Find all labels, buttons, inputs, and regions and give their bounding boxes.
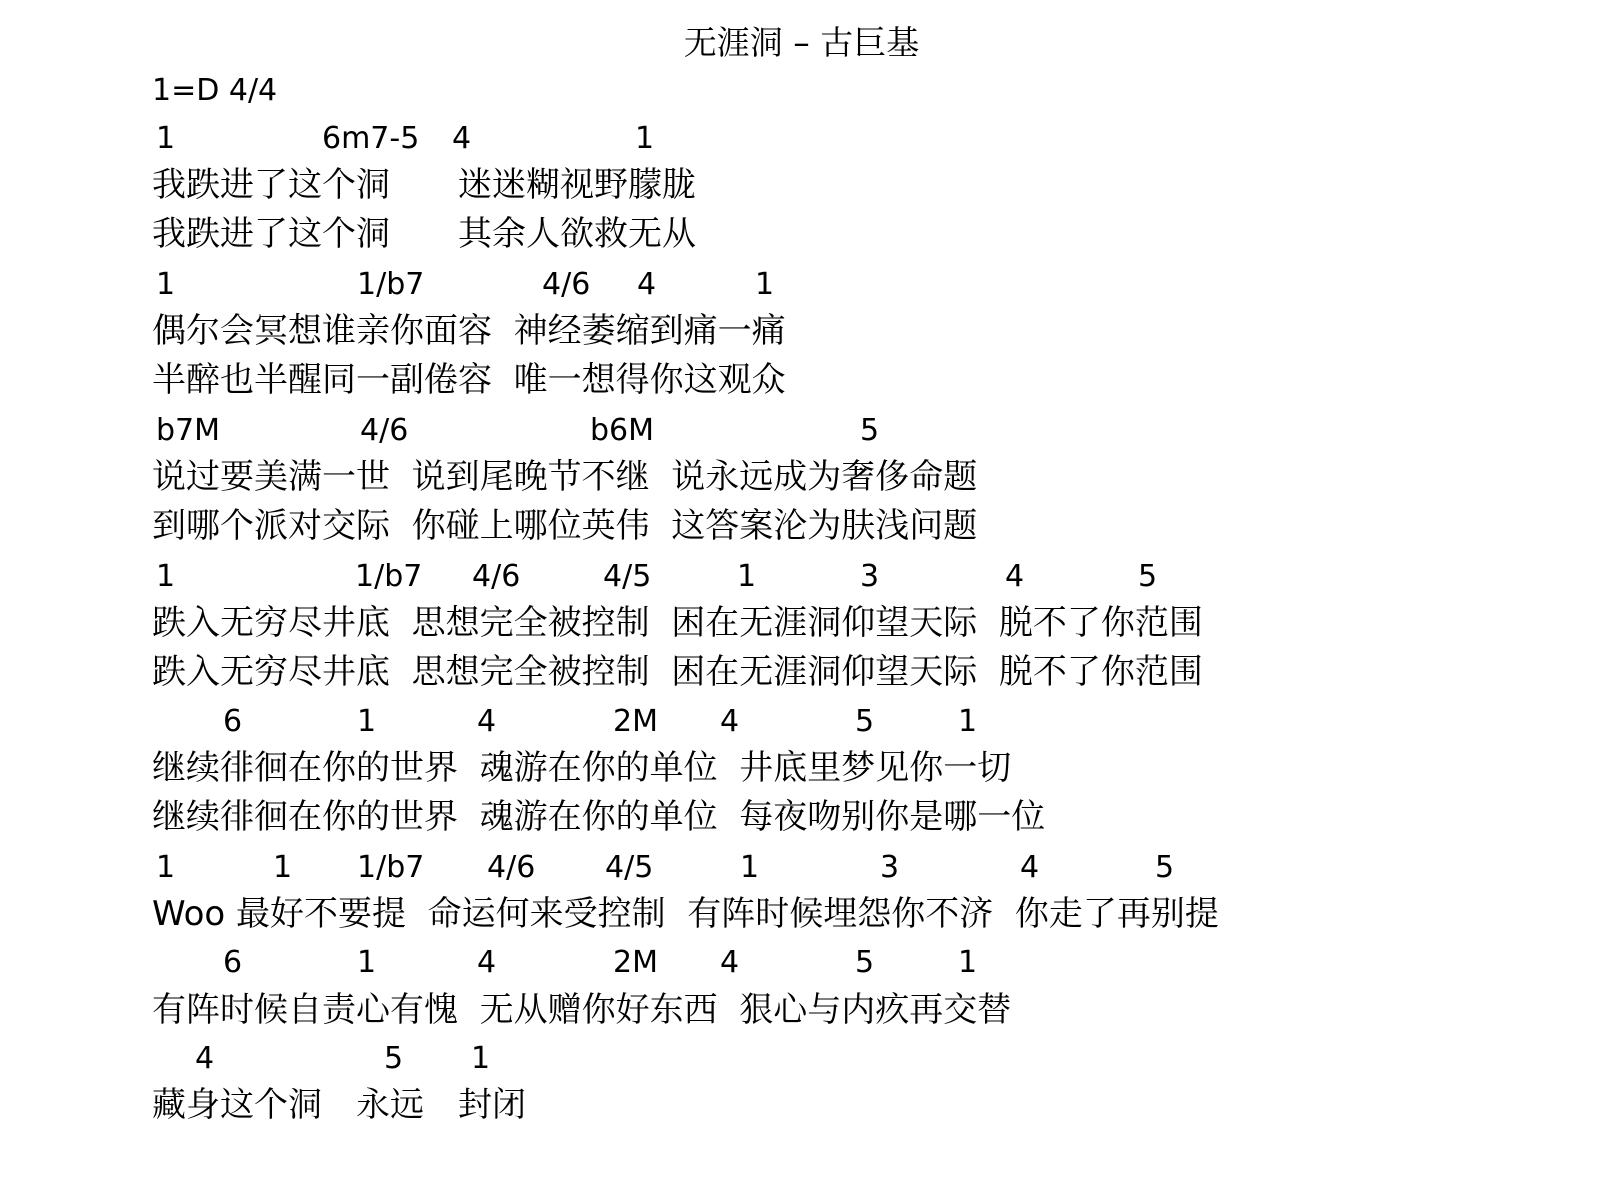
- lyric-line: 我跌进了这个洞 其余人欲救无从: [0, 217, 1603, 251]
- chord: 1: [156, 270, 175, 300]
- chord-line: 1 1/b7 4/6 4/5 1 3 4 5: [0, 562, 1603, 596]
- song-title: 无涯洞 – 古巨基: [0, 26, 1603, 59]
- lyric-line: 我跌进了这个洞 迷迷糊视野朦胧: [0, 168, 1603, 202]
- chord: 4/6: [472, 562, 520, 592]
- chord-line: 4 5 1: [0, 1044, 1603, 1078]
- chord: 1: [737, 562, 756, 592]
- chord: 6: [223, 707, 242, 737]
- chord-line: 1 1 1/b7 4/6 4/5 1 3 4 5: [0, 853, 1603, 887]
- chord: 4: [637, 270, 656, 300]
- song-sheet-page: 无涯洞 – 古巨基 1=D 4/4 1 6m7-5 4 1 我跌进了这个洞 迷迷…: [0, 0, 1603, 1199]
- chord: 4: [195, 1044, 214, 1074]
- chord: 4: [720, 948, 739, 978]
- lyric-line: 跌入无穷尽井底 思想完全被控制 困在无涯洞仰望天际 脱不了你范围: [0, 606, 1603, 640]
- chord: 1/b7: [357, 853, 424, 883]
- chord-line: 1 1/b7 4/6 4 1: [0, 270, 1603, 304]
- lyric-line: Woo 最好不要提 命运何来受控制 有阵时候埋怨你不济 你走了再别提: [0, 897, 1603, 931]
- chord: 4/6: [542, 270, 590, 300]
- lyric-line: 有阵时候自责心有愧 无从赠你好东西 狠心与内疚再交替: [0, 993, 1603, 1027]
- chord: 6m7-5: [322, 124, 419, 154]
- chord: 1: [755, 270, 774, 300]
- chord: 5: [1138, 562, 1157, 592]
- chord: 4/5: [605, 853, 653, 883]
- chord: 1: [156, 562, 175, 592]
- chord: 1: [273, 853, 292, 883]
- lyric-line: 继续徘徊在你的世界 魂游在你的单位 每夜吻别你是哪一位: [0, 800, 1603, 834]
- lyric-line: 到哪个派对交际 你碰上哪位英伟 这答案沦为肤浅问题: [0, 509, 1603, 543]
- key-signature: 1=D 4/4: [0, 76, 1603, 106]
- chord: 4: [1005, 562, 1024, 592]
- chord: 3: [860, 562, 879, 592]
- chord: 4: [452, 124, 471, 154]
- lyric-line: 跌入无穷尽井底 思想完全被控制 困在无涯洞仰望天际 脱不了你范围: [0, 655, 1603, 689]
- chord-line: b7M 4/6 b6M 5: [0, 416, 1603, 450]
- lyric-line: 说过要美满一世 说到尾晚节不继 说永远成为奢侈命题: [0, 460, 1603, 494]
- lyric-line: 半醉也半醒同一副倦容 唯一想得你这观众: [0, 363, 1603, 397]
- chord: 4: [477, 707, 496, 737]
- chord: 1: [635, 124, 654, 154]
- chord: b6M: [590, 416, 654, 446]
- chord: 1: [740, 853, 759, 883]
- chord: 1: [156, 124, 175, 154]
- chord: 4: [720, 707, 739, 737]
- chord: 1: [357, 948, 376, 978]
- chord: 1/b7: [357, 270, 424, 300]
- chord-line: 6 1 4 2M 4 5 1: [0, 948, 1603, 982]
- chord: 4/6: [487, 853, 535, 883]
- chord: 5: [860, 416, 879, 446]
- chord: 4: [477, 948, 496, 978]
- chord: 5: [384, 1044, 403, 1074]
- chord: 1/b7: [355, 562, 422, 592]
- chord: b7M: [156, 416, 220, 446]
- chord: 1: [471, 1044, 490, 1074]
- lyric-line: 偶尔会冥想谁亲你面容 神经萎缩到痛一痛: [0, 314, 1603, 348]
- lyric-line: 继续徘徊在你的世界 魂游在你的单位 井底里梦见你一切: [0, 751, 1603, 785]
- chord: 4/5: [603, 562, 651, 592]
- chord: 1: [958, 707, 977, 737]
- chord: 4: [1020, 853, 1039, 883]
- chord-line: 1 6m7-5 4 1: [0, 124, 1603, 158]
- chord: 2M: [613, 707, 658, 737]
- chord: 1: [357, 707, 376, 737]
- chord: 1: [958, 948, 977, 978]
- chord: 5: [1155, 853, 1174, 883]
- chord: 4/6: [360, 416, 408, 446]
- chord-line: 6 1 4 2M 4 5 1: [0, 707, 1603, 741]
- chord: 5: [855, 707, 874, 737]
- chord: 5: [855, 948, 874, 978]
- lyric-line: 藏身这个洞 永远 封闭: [0, 1088, 1603, 1122]
- chord: 6: [223, 948, 242, 978]
- chord: 1: [156, 853, 175, 883]
- chord: 2M: [613, 948, 658, 978]
- chord: 3: [880, 853, 899, 883]
